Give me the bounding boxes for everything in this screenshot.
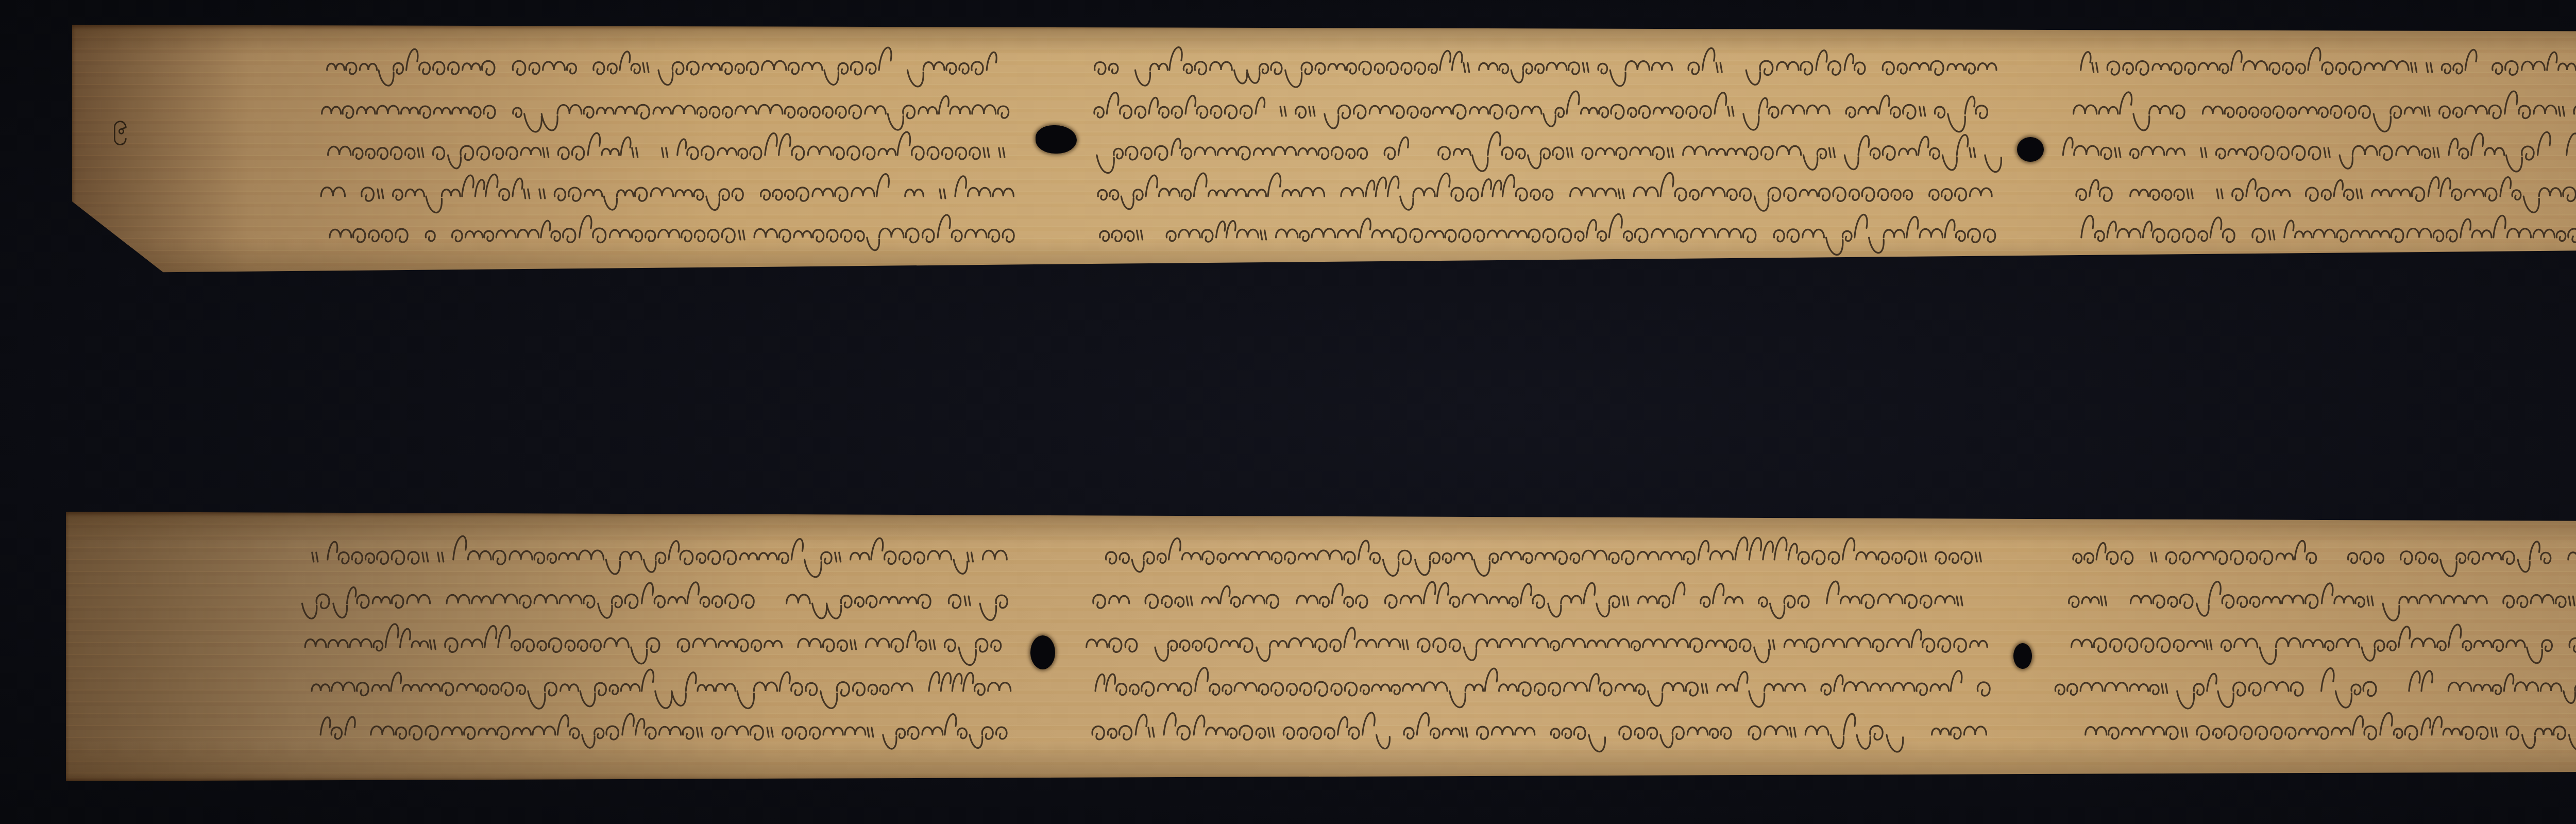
- handwritten-script-path: [320, 713, 2576, 753]
- handwritten-script-path: [322, 91, 2576, 132]
- script-line: Handwritten Tai Tham script, line 5 (upp…: [314, 213, 2576, 270]
- handwritten-script-path: [328, 132, 2576, 173]
- handwriting-strokes: [314, 213, 2576, 270]
- palm-leaf-bottom: Handwritten Tai Tham script, line 1 (low…: [66, 512, 2576, 781]
- palm-leaf-top: ၉ Handwritten Tai Tham script, line 1 (u…: [72, 25, 2576, 277]
- handwritten-script-path: [321, 173, 2576, 213]
- handwritten-script-path: [312, 536, 2576, 577]
- handwritten-script-path: [330, 214, 2576, 255]
- leaf-number-label: ၉: [112, 110, 128, 138]
- handwritten-script-path: [327, 47, 2576, 87]
- manuscript-photo: ၉ Handwritten Tai Tham script, line 1 (u…: [0, 0, 2576, 824]
- handwritten-script-path: [312, 668, 2576, 709]
- handwritten-script-path: [305, 624, 2576, 665]
- handwriting-strokes: [293, 710, 2576, 767]
- handwritten-script-path: [302, 581, 2576, 620]
- script-line: Handwritten Tai Tham script, line 5 (low…: [293, 710, 2576, 767]
